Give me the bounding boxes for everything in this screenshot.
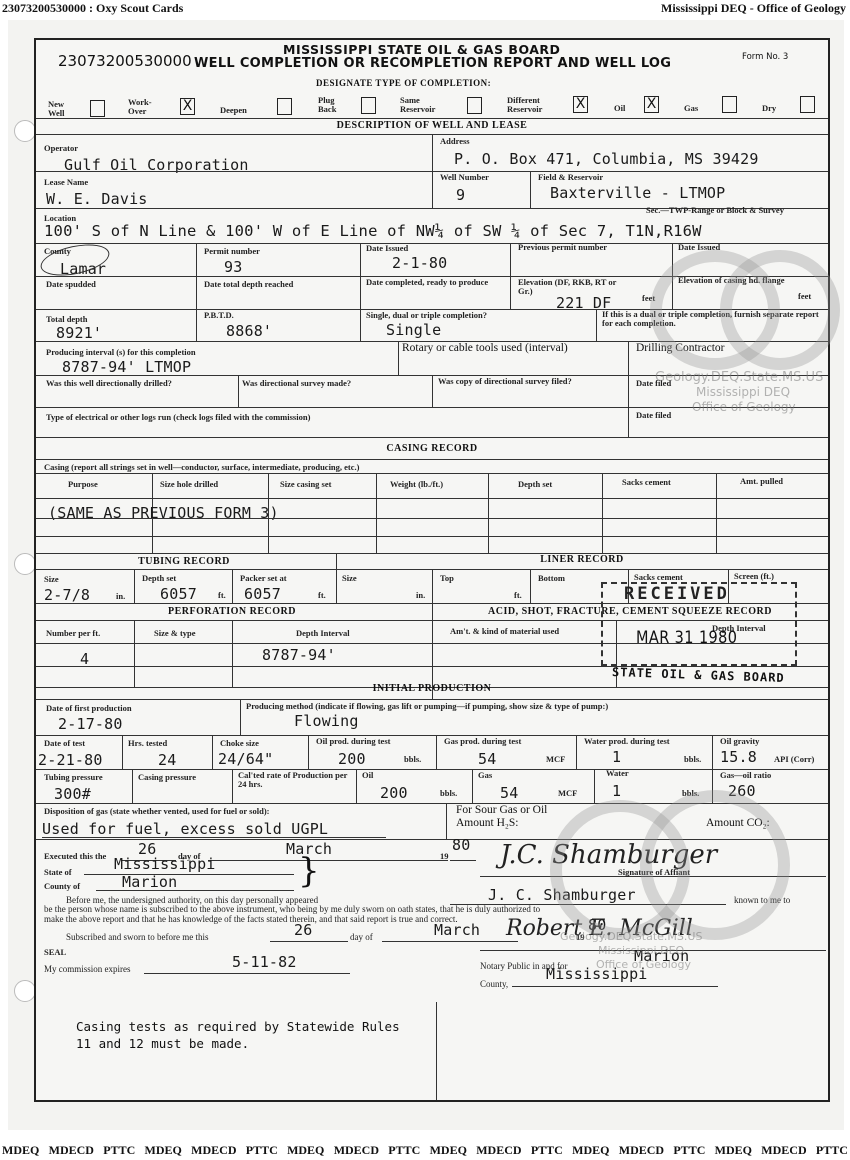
liner-top-label: Top: [440, 574, 454, 583]
subscribed-month: March: [434, 921, 480, 939]
rotary-tools-label: Rotary or cable tools used (interval): [402, 342, 568, 354]
hrs-tested-label: Hrs. tested: [128, 739, 167, 748]
previous-permit-label: Previous permit number: [518, 243, 607, 252]
sour-gas-label: For Sour Gas or Oil: [456, 804, 547, 816]
footer-item: MDECD: [49, 1143, 94, 1158]
producing-method-value: Flowing: [294, 712, 359, 730]
form-number: Form No. 3: [742, 52, 788, 62]
casing-col-amt-pulled: Amt. pulled: [740, 477, 783, 486]
checkbox-dry[interactable]: [800, 96, 815, 113]
label-new-well: New Well: [48, 100, 72, 118]
liner-top-unit: ft.: [514, 591, 522, 600]
notary-county-label: County,: [480, 980, 508, 989]
date-spudded-label: Date spudded: [46, 280, 96, 289]
completion-kind-label: Single, dual or triple completion?: [366, 311, 487, 320]
label-same-reservoir: Same Reservoir: [400, 96, 446, 114]
section-description-heading: DESCRIPTION OF WELL AND LEASE: [36, 120, 828, 131]
casing-col-depth: Depth set: [518, 480, 552, 489]
casing-tests-box: Casing tests as required by Statewide Ru…: [34, 1002, 830, 1102]
calculated-rate-label: Cal'ted rate of Production per 24 hrs.: [238, 771, 354, 789]
footer-item: MDECD: [619, 1143, 664, 1158]
operator-label: Operator: [44, 144, 78, 153]
producing-method-label: Producing method (indicate if flowing, g…: [246, 702, 608, 711]
watermark-url: Geology.DEQ.State.MS.US: [655, 370, 823, 385]
designate-heading: DESIGNATE TYPE OF COMPLETION:: [316, 78, 491, 88]
oil-gravity-label: Oil gravity: [720, 737, 759, 746]
subscribed-day: 26: [294, 921, 312, 939]
gas-test-label: Gas prod. during test: [444, 737, 521, 746]
label-different-reservoir: Different Reservoir: [507, 96, 553, 114]
watermark-office: Office of Geology: [692, 400, 796, 414]
tubing-record-heading: TUBING RECORD: [36, 556, 332, 567]
stamp-date: MAR 31 1980: [636, 628, 737, 648]
footer-agencies: MDEQ MDECD PTTC MDEQ MDECD PTTC MDEQ MDE…: [0, 1143, 850, 1158]
footer-item: MDECD: [761, 1143, 806, 1158]
checkbox-oil[interactable]: X: [644, 96, 659, 113]
form-title: WELL COMPLETION OR RECOMPLETION REPORT A…: [194, 56, 671, 71]
document-id-title: 23073200530000 : Oxy Scout Cards: [2, 1, 183, 16]
label-work-over: Work-Over: [128, 98, 158, 116]
subscribed-day-of: day of: [350, 933, 373, 942]
tubing-depth-value: 6057: [160, 585, 197, 603]
directional-survey-label: Was directional survey made?: [242, 379, 351, 388]
location-value: 100' S of N Line & 100' W of E Line of N…: [44, 222, 702, 240]
footer-item: MDEQ: [715, 1143, 752, 1158]
lease-name-label: Lease Name: [44, 178, 88, 187]
checkbox-new-well[interactable]: [90, 100, 105, 117]
executed-prefix: Executed this the: [44, 852, 106, 861]
commission-value: 5-11-82: [232, 953, 297, 971]
punch-hole-icon: [14, 120, 36, 142]
total-depth-label: Total depth: [46, 315, 88, 324]
total-depth-value: 8921': [56, 324, 102, 342]
casing-col-size-casing: Size casing set: [280, 480, 331, 489]
casing-tests-note: Casing tests as required by Statewide Ru…: [76, 1018, 416, 1052]
section-casing-heading: CASING RECORD: [36, 443, 828, 454]
initial-production-heading: INITIAL PRODUCTION: [36, 683, 828, 694]
checkbox-different-reservoir[interactable]: X: [573, 96, 588, 113]
completion-kind-value: Single: [386, 321, 441, 339]
executed-year-prefix: 19: [440, 852, 449, 861]
footer-item: MDEQ: [287, 1143, 324, 1158]
casing-col-size-hole: Size hole drilled: [160, 480, 218, 489]
liner-sacks-label: Sacks cement: [634, 573, 683, 582]
stamp-received-text: RECEIVED: [624, 584, 730, 604]
footer-item: MDECD: [334, 1143, 379, 1158]
footer-item: MDEQ: [572, 1143, 609, 1158]
rate-gas-label: Gas: [478, 771, 492, 780]
footer-item: MDEQ: [430, 1143, 467, 1158]
well-number-label: Well Number: [440, 173, 489, 182]
casing-col-purpose: Purpose: [68, 480, 98, 489]
acid-material-label: Am't. & kind of material used: [450, 627, 559, 636]
watermark-logo-icon: [720, 250, 840, 370]
footer-item: PTTC: [388, 1143, 420, 1158]
tubing-pressure-value: 300#: [54, 785, 91, 803]
commission-label: My commission expires: [44, 965, 131, 974]
watermark-office-2: Office of Geology: [596, 958, 691, 971]
rate-gas-unit: MCF: [558, 789, 577, 798]
document-header: 23073200530000 : Oxy Scout Cards Mississ…: [0, 0, 850, 18]
watermark-logo-icon: [640, 790, 790, 940]
footer-item: PTTC: [816, 1143, 848, 1158]
county-of-label: County of: [44, 882, 80, 891]
liner-bottom-label: Bottom: [538, 574, 565, 583]
label-gas: Gas: [684, 104, 698, 113]
label-dry: Dry: [762, 104, 776, 113]
footer-item: PTTC: [246, 1143, 278, 1158]
date-issued-label: Date Issued: [366, 244, 408, 253]
tubing-size-label: Size: [44, 575, 59, 584]
footer-item: MDECD: [191, 1143, 236, 1158]
oil-gravity-value: 15.8: [720, 748, 757, 766]
address-label: Address: [440, 137, 470, 146]
casing-col-sacks: Sacks cement: [622, 478, 671, 487]
tubing-depth-label: Depth set: [142, 574, 176, 583]
state-of-value: Mississippi: [114, 855, 216, 873]
checkbox-deepen[interactable]: [277, 98, 292, 115]
liner-record-heading: LINER RECORD: [336, 554, 828, 565]
agency-title: Mississippi DEQ - Office of Geology: [661, 1, 846, 16]
footer-item: MDEQ: [2, 1143, 39, 1158]
label-oil: Oil: [614, 104, 625, 113]
oil-test-unit: bbls.: [404, 755, 421, 764]
logs-run-label: Type of electrical or other logs run (ch…: [46, 413, 310, 422]
tubing-size-value: 2-7/8: [44, 586, 90, 604]
footer-item: MDEQ: [145, 1143, 182, 1158]
liner-size-label: Size: [342, 574, 357, 583]
footer-item: PTTC: [531, 1143, 563, 1158]
rate-oil-unit: bbls.: [440, 789, 457, 798]
water-test-unit: bbls.: [684, 755, 701, 764]
perf-depth-label: Depth Interval: [296, 629, 350, 638]
affidavit-line-3: make the above report and that he has kn…: [44, 915, 458, 924]
punch-hole-icon: [14, 553, 36, 575]
seal-label: SEAL: [44, 948, 66, 957]
casing-same-as-previous: (SAME AS PREVIOUS FORM 3): [48, 504, 279, 522]
state-of-label: State of: [44, 868, 72, 877]
permit-number-label: Permit number: [204, 247, 260, 256]
gas-disposition-value: Used for fuel, excess sold UGPL: [42, 820, 328, 838]
liner-size-unit: in.: [416, 591, 425, 600]
footer-item: MDECD: [476, 1143, 521, 1158]
choke-size-value: 24/64": [218, 750, 273, 768]
choke-size-label: Choke size: [220, 739, 259, 748]
watermark-agency: Mississippi DEQ: [696, 385, 790, 399]
rate-water-value: 1: [612, 782, 621, 800]
gas-test-unit: MCF: [546, 755, 565, 764]
packer-unit: ft.: [318, 591, 326, 600]
date-completed-label: Date completed, ready to produce: [366, 278, 506, 287]
stamp-board: STATE OIL & GAS BOARD: [612, 665, 785, 685]
casing-note: Casing (report all strings set in well—c…: [44, 463, 360, 472]
date-issued-value: 2-1-80: [392, 254, 447, 272]
permit-number-value: 93: [224, 258, 242, 276]
lease-name-value: W. E. Davis: [46, 190, 148, 208]
board-name: MISSISSIPPI STATE OIL & GAS BOARD: [283, 42, 560, 57]
checkbox-plug-back[interactable]: [361, 97, 376, 114]
rate-gas-value: 54: [500, 784, 518, 802]
rate-oil-label: Oil: [362, 771, 373, 780]
subscribed-prefix: Subscribed and sworn to before me this: [66, 933, 208, 942]
sec-twp-range-label: Sec.—TWP-Range or Block & Survey: [646, 206, 784, 215]
label-deepen: Deepen: [220, 106, 247, 115]
producing-interval-value: 8787-94' LTMOP: [62, 358, 191, 376]
gas-oil-ratio-label: Gas—oil ratio: [720, 771, 771, 780]
watermark-agency-2: Mississippi DEQ: [598, 944, 684, 957]
footer-item: PTTC: [103, 1143, 135, 1158]
first-production-label: Date of first production: [46, 704, 132, 713]
h2s-label: Amount H₂S:: [456, 817, 518, 829]
api-number: 23073200530000: [58, 52, 192, 70]
gas-test-value: 54: [478, 750, 496, 768]
date-filed-2-label: Date filed: [636, 411, 671, 420]
executed-year: 80: [452, 836, 470, 854]
directionally-drilled-label: Was this well directionally drilled?: [46, 379, 172, 388]
rate-oil-value: 200: [380, 784, 408, 802]
water-test-label: Water prod. during test: [584, 737, 670, 746]
survey-filed-label: Was copy of directional survey filed?: [438, 377, 608, 386]
checkbox-work-over[interactable]: X: [180, 98, 195, 115]
packer-label: Packer set at: [240, 574, 287, 583]
checkbox-gas[interactable]: [722, 96, 737, 113]
tubing-pressure-label: Tubing pressure: [44, 773, 103, 782]
field-reservoir-value: Baxterville - LTMOP: [550, 184, 725, 202]
date-total-depth-label: Date total depth reached: [204, 280, 293, 289]
hrs-tested-value: 24: [158, 751, 176, 769]
county-of-value: Marion: [122, 873, 177, 891]
test-date-label: Date of test: [44, 739, 85, 748]
perforation-record-heading: PERFORATION RECORD: [36, 606, 428, 617]
oil-gravity-unit: API (Corr): [774, 755, 814, 764]
pbtd-label: P.B.T.D.: [204, 311, 234, 320]
address-value: P. O. Box 471, Columbia, MS 39429: [454, 150, 759, 168]
watermark-url-2: Geology.DEQ.State.MS.US: [560, 930, 702, 943]
water-test-value: 1: [612, 748, 621, 766]
liner-screen-label: Screen (ft.): [734, 572, 774, 581]
pbtd-value: 8868': [226, 322, 272, 340]
oil-test-value: 200: [338, 750, 366, 768]
producing-interval-label: Producing interval (s) for this completi…: [46, 348, 196, 357]
casing-col-weight: Weight (lb./ft.): [390, 480, 443, 489]
footer-item: PTTC: [673, 1143, 705, 1158]
oil-test-label: Oil prod. during test: [316, 737, 390, 746]
well-number-value: 9: [456, 186, 465, 204]
tubing-size-unit: in.: [116, 592, 125, 601]
label-plug-back: Plug Back: [318, 96, 344, 114]
field-reservoir-label: Field & Reservoir: [538, 173, 603, 182]
packer-value: 6057: [244, 585, 281, 603]
first-production-value: 2-17-80: [58, 715, 123, 733]
tubing-depth-unit: ft.: [218, 591, 226, 600]
brace-mark: }: [298, 854, 320, 888]
checkbox-same-reservoir[interactable]: [467, 97, 482, 114]
perf-depth-value: 8787-94': [262, 646, 336, 664]
rate-water-label: Water: [606, 769, 629, 778]
perf-number-label: Number per ft.: [46, 629, 100, 638]
punch-hole-icon: [14, 980, 36, 1002]
test-date-value: 2-21-80: [38, 751, 103, 769]
gas-disposition-label: Disposition of gas (state whether vented…: [44, 807, 269, 816]
perf-size-label: Size & type: [154, 629, 196, 638]
casing-pressure-label: Casing pressure: [138, 773, 196, 782]
